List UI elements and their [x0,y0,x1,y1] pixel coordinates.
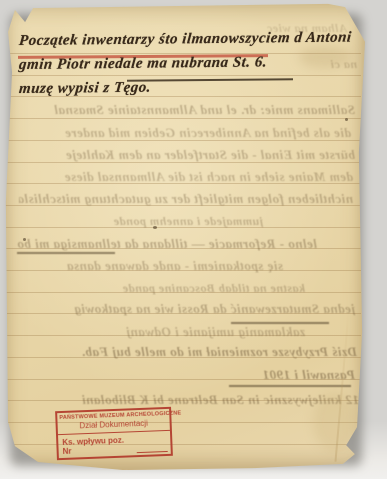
bleedthrough-line: 12 knilejwysznic in San Beltrane bi K Bl… [17,393,359,407]
stamp-register-row: Ks. wpływu poz. Nr [58,431,171,458]
ruled-line [5,75,361,76]
bleedthrough-line: lelno - Reformacie — tilldana da tellnam… [17,237,317,251]
paper-stain [299,46,351,68]
bleedthrough-line: zaklamanig umijanie i Odwanj [61,325,305,339]
bleedthrough-line: kastne na tildab Boscanine pande [95,282,305,295]
ruled-line [5,118,361,119]
bleedthrough-underline [231,322,329,324]
bleedthrough-line: Sallimans mnie: dr. el und Allmannstaini… [23,103,355,117]
scan-background: Alham na wiecna ciSallimans mnie: dr. el… [0,0,387,479]
bleedthrough-line: Dziś Przybysze rozmieniał mi do melle bu… [17,345,357,359]
ink-speck [345,118,348,121]
handwriting-line-3: muzę wypisi z Tęgo. [18,80,152,98]
ink-speck [153,226,157,229]
stamp-register-blank-field [137,444,168,453]
manuscript-page: Alham na wiecna ciSallimans mnie: dr. el… [3,2,365,470]
bleedthrough-line: jummajede i annehm ponde [95,215,263,228]
handwriting-line-1: Początek inwentarzy śto ilmanowszyciem d… [18,30,352,51]
bleedthrough-underline [229,385,351,387]
bleedthrough-line: jedna Smutarzewanić da Rossi wie na spat… [19,302,355,316]
bleedthrough-line: bürste mit Einal - die Startfelder an de… [19,148,355,162]
ink-speck [23,238,26,241]
stamp-register-label: Ks. wpływu poz. Nr [62,435,133,456]
bleedthrough-line: dem Maine siehe in nach ist die Allmanns… [23,170,353,184]
handwriting-line-2: gmin Piotr niedale ma nubrana St. 6. [18,54,268,74]
bleedthrough-line: nichtlieben folgen mitglieft der zu guta… [19,192,353,206]
bleedthrough-line: Pasnawil i 1901 [209,368,355,382]
bleedthrough-line: die als befind na Anniberecin Gebien mid… [29,126,351,140]
bleedthrough-line: się spotkaniemi - ande dawane dansa [39,259,283,273]
museum-stamp: PAŃSTWOWE MUZEUM ARCHEOLOGICZNE Dział Do… [55,407,173,460]
bleedthrough-underline [17,252,115,254]
black-underline [127,78,293,81]
